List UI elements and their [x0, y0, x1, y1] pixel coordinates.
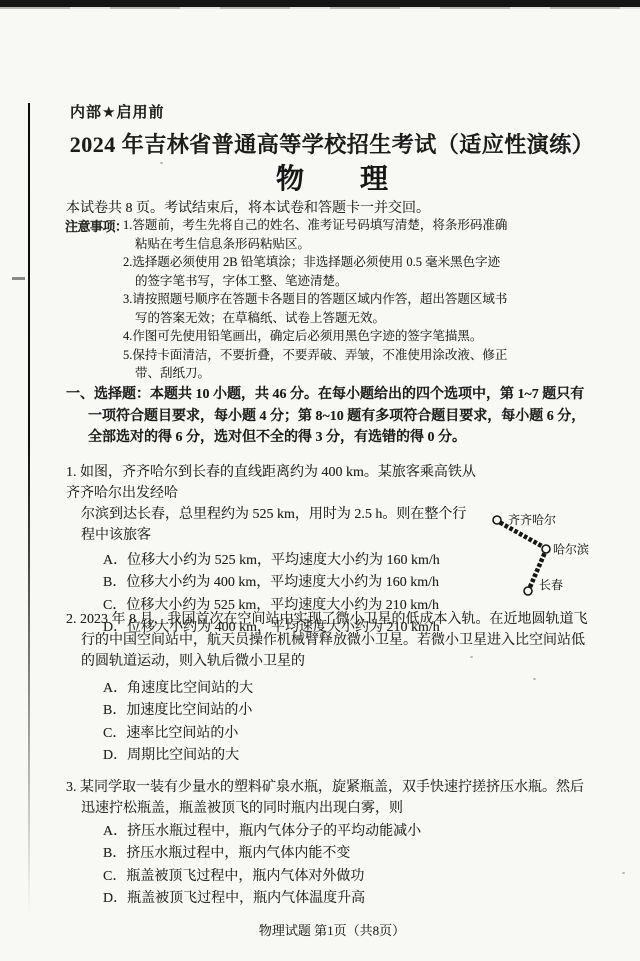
- route-map-diagram: 齐齐哈尔 哈尔滨 长春: [478, 500, 628, 602]
- notice-list: 1.答题前，考生先将自己的姓名、准考证号码填写清楚，将条形码准确粘贴在考生信息条…: [123, 216, 630, 383]
- city-dot-changchun: [524, 587, 532, 595]
- question-3-text: 3. 某同学取一装有少量水的塑料矿泉水瓶，旋紧瓶盖，双手快速拧搓挤压水瓶。然后迅…: [66, 777, 630, 819]
- exam-title: 2024 年吉林省普通高等学校招生考试（适应性演练）: [24, 128, 640, 159]
- subject-title: 物 理: [24, 157, 640, 197]
- notice-item-1: 1.答题前，考生先将自己的姓名、准考证号码填写清楚，将条形码准确粘贴在考生信息条…: [123, 216, 630, 253]
- notice-item-5: 5.保持卡面清洁，不要折叠，不要弄破、弄皱，不准使用涂改液、修正带、刮纸刀。: [123, 346, 630, 383]
- notice-item-3: 3.请按照题号顺序在答题卡各题目的答题区域内作答，超出答题区域书写的答案无效；在…: [123, 290, 630, 327]
- city-label-harbin: 哈尔滨: [553, 542, 589, 557]
- notice-label: 注意事项：: [65, 216, 128, 235]
- question-2-text: 2. 2023 年 8 月，我国首次在空间站中实现了微小卫星的低成本入轨。在近地…: [66, 609, 630, 672]
- notice-item-4: 4.作图可先使用铅笔画出，确定后必须用黑色字迹的签字笔描黑。: [123, 327, 630, 346]
- scan-fold-line: [28, 103, 30, 913]
- page-footer: 物理试题 第1页（共8页）: [24, 920, 640, 939]
- scan-edge-smudge: [0, 7, 640, 9]
- question-3-options: A．挤压水瓶过程中，瓶内气体分子的平均动能减小B．挤压水瓶过程中，瓶内气体内能不…: [66, 821, 630, 911]
- scanned-exam-page: 内部★启用前 2024 年吉林省普通高等学校招生考试（适应性演练） 物 理 本试…: [0, 0, 640, 961]
- exam-intro-note: 本试卷共 8 页。考试结束后，将本试卷和答题卡一并交回。: [66, 197, 430, 217]
- city-dot-qiqihar: [493, 516, 501, 524]
- notice-item-2: 2.选择题必须使用 2B 铅笔填涂；非选择题必须使用 0.5 毫米黑色字迹的签字…: [123, 253, 630, 290]
- scan-mark: [12, 277, 25, 280]
- question-3: 3. 某同学取一装有少量水的塑料矿泉水瓶，旋紧瓶盖，双手快速拧搓挤压水瓶。然后迅…: [66, 777, 630, 911]
- confidential-label: 内部★启用前: [70, 101, 164, 122]
- section-1-heading: 一、选择题：本题共 10 小题，共 46 分。在每小题给出的四个选项中，第 1~…: [66, 384, 628, 449]
- question-2-options: A．角速度比空间站的大B．加速度比空间站的小C．速率比空间站的小D．周期比空间站…: [66, 678, 630, 768]
- city-dot-harbin: [542, 545, 550, 553]
- city-label-changchun: 长春: [539, 578, 563, 592]
- question-2: 2. 2023 年 8 月，我国首次在空间站中实现了微小卫星的低成本入轨。在近地…: [66, 609, 630, 768]
- scan-edge-bar: [0, 0, 640, 7]
- city-label-qiqihar: 齐齐哈尔: [508, 512, 556, 527]
